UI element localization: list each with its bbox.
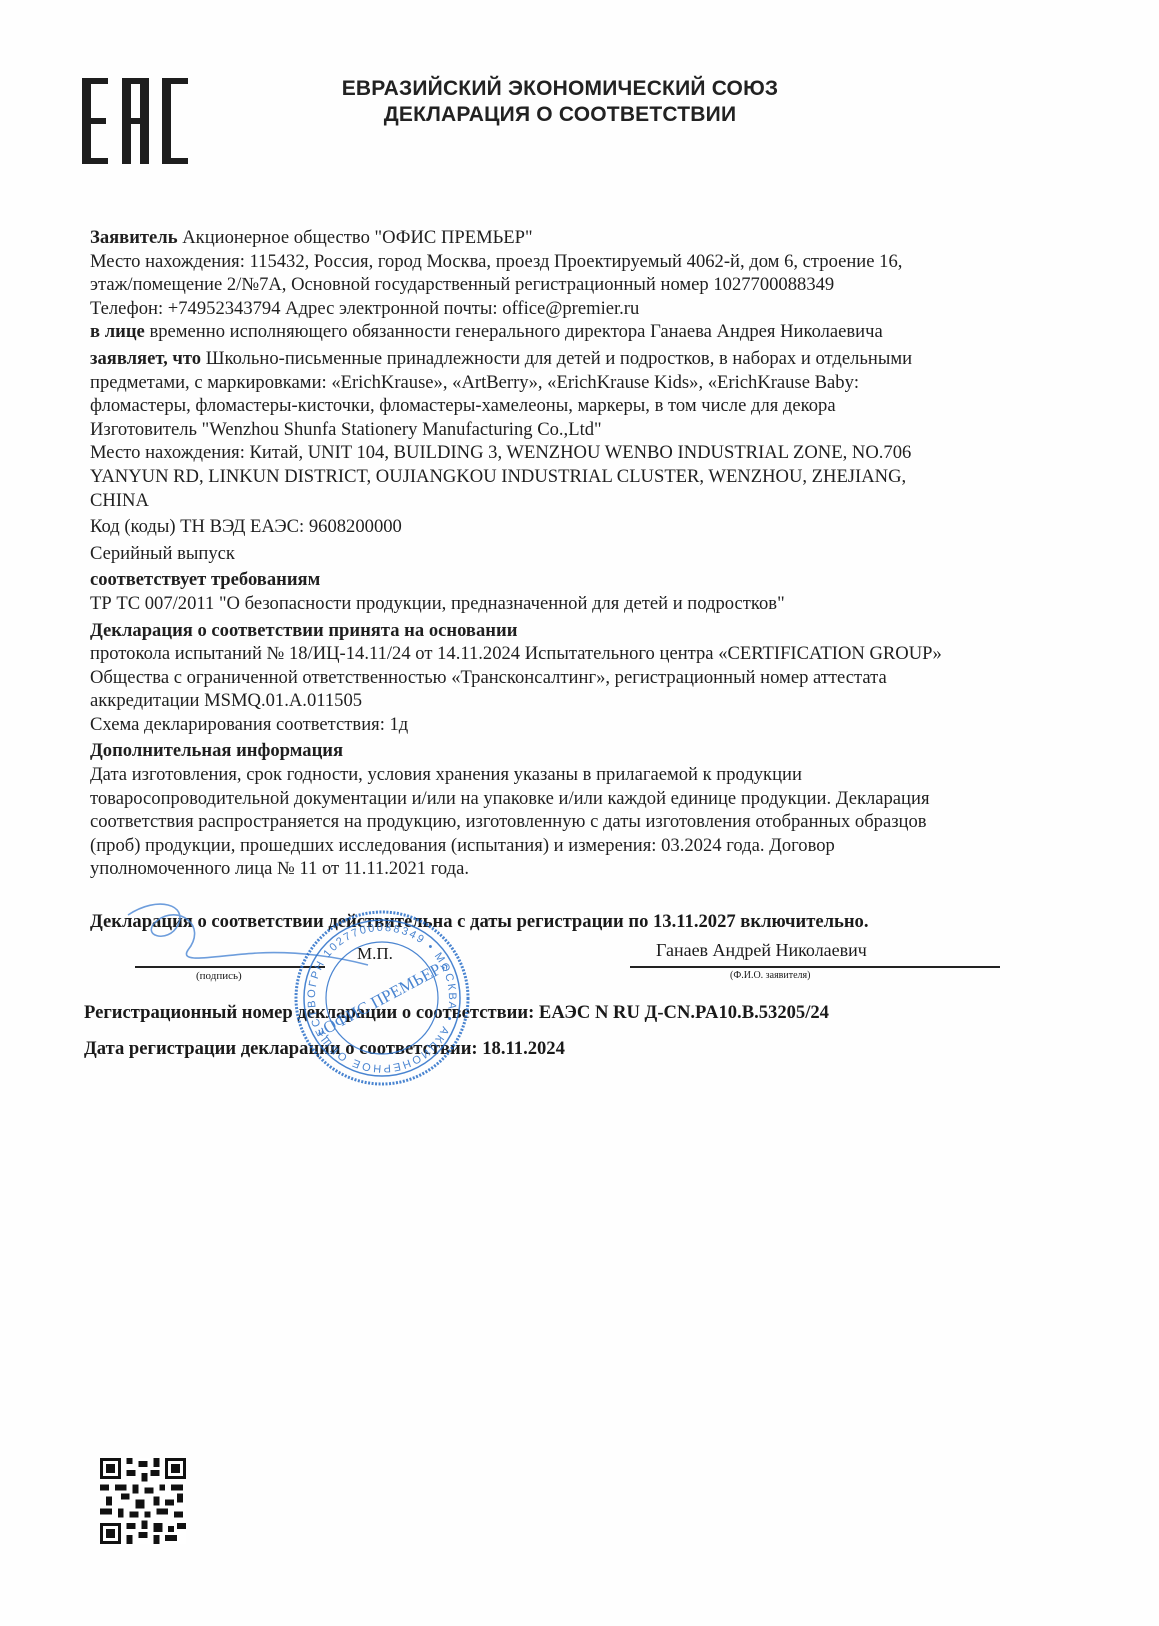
registration-date: Дата регистрации декларации о соответств…: [84, 1038, 565, 1060]
manufacturer: Изготовитель "Wenzhou Shunfa Stationery …: [90, 418, 1080, 442]
declaration-page: ЕВРАЗИЙСКИЙ ЭКОНОМИЧЕСКИЙ СОЮЗ ДЕКЛАРАЦИ…: [0, 0, 1159, 1626]
additional-line-3: соответствия распространяется на продукц…: [90, 810, 1080, 834]
tn-ved-code: Код (коды) ТН ВЭД ЕАЭС: 9608200000: [90, 515, 1080, 539]
name-caption: (Ф.И.О. заявителя): [730, 970, 810, 981]
manufacturer-address-2: YANYUN RD, LINKUN DISTRICT, OUJIANGKOU I…: [90, 465, 1080, 489]
company-seal-icon: ОГРН 1027700088349 • МОСКВА • АКЦИОНЕРНО…: [292, 908, 472, 1088]
registration-number: Регистрационный номер декларации о соотв…: [84, 1002, 829, 1024]
applicant-label: Заявитель: [90, 227, 178, 248]
handwritten-signature-icon: [118, 895, 378, 975]
representative-label: в лице: [90, 321, 145, 342]
signature-line: [135, 966, 325, 968]
applicant-address-2: этаж/помещение 2/№7А, Основной государст…: [90, 273, 1080, 297]
signature-caption: (подпись): [196, 970, 242, 982]
manufacturer-address-1: Место нахождения: Китай, UNIT 104, BUILD…: [90, 441, 1080, 465]
applicant-name: Акционерное общество "ОФИС ПРЕМЬЕР": [178, 227, 533, 248]
declares-label: заявляет, что: [90, 348, 201, 369]
basis-line-3: аккредитации MSMQ.01.A.011505: [90, 689, 1080, 713]
declaration-body: Заявитель Акционерное общество "ОФИС ПРЕ…: [90, 226, 1080, 881]
name-line: [630, 966, 1000, 968]
applicant-address-1: Место нахождения: 115432, Россия, город …: [90, 250, 1080, 274]
seal-place-label: М.П.: [357, 944, 393, 964]
product-line-3: фломастеры, фломастеры-кисточки, фломаст…: [90, 394, 1080, 418]
basis-label: Декларация о соответствии принята на осн…: [90, 619, 1080, 643]
manufacturer-address-3: CHINA: [90, 489, 1080, 513]
document-title: ЕВРАЗИЙСКИЙ ЭКОНОМИЧЕСКИЙ СОЮЗ ДЕКЛАРАЦИ…: [290, 76, 830, 128]
validity-statement: Декларация о соответствии действительна …: [90, 911, 869, 933]
additional-info-label: Дополнительная информация: [90, 739, 1080, 763]
title-line-union: ЕВРАЗИЙСКИЙ ЭКОНОМИЧЕСКИЙ СОЮЗ: [290, 76, 830, 102]
basis-line-1: протокола испытаний № 18/ИЦ-14.11/24 от …: [90, 642, 1080, 666]
applicant-line: Заявитель Акционерное общество "ОФИС ПРЕ…: [90, 226, 1080, 250]
scheme: Схема декларирования соответствия: 1д: [90, 713, 1080, 737]
additional-line-5: уполномоченного лица № 11 от 11.11.2021 …: [90, 857, 1080, 881]
eac-logo-icon: [82, 78, 192, 164]
regulation: ТР ТС 007/2011 "О безопасности продукции…: [90, 592, 1080, 616]
signer-name: Ганаев Андрей Николаевич: [656, 940, 867, 961]
representative-name: временно исполняющего обязанности генера…: [145, 321, 883, 342]
applicant-contacts: Телефон: +74952343794 Адрес электронной …: [90, 297, 1080, 321]
title-line-declaration: ДЕКЛАРАЦИЯ О СООТВЕТСТВИИ: [290, 102, 830, 128]
product-line-1: заявляет, что Школьно-письменные принадл…: [90, 347, 1080, 371]
product-line-2: предметами, с маркировками: «ErichKrause…: [90, 371, 1080, 395]
release-type: Серийный выпуск: [90, 542, 1080, 566]
additional-line-1: Дата изготовления, срок годности, услови…: [90, 763, 1080, 787]
additional-line-4: (проб) продукции, прошедших исследования…: [90, 834, 1080, 858]
qr-code-icon[interactable]: [100, 1458, 186, 1544]
additional-line-2: товаросопроводительной документации и/ил…: [90, 787, 1080, 811]
conforms-label: соответствует требованиям: [90, 568, 1080, 592]
basis-line-2: Общества с ограниченной ответственностью…: [90, 666, 1080, 690]
svg-text:«ОФИС ПРЕМЬЕР»: «ОФИС ПРЕМЬЕР»: [312, 955, 452, 1041]
representative-line: в лице временно исполняющего обязанности…: [90, 320, 1080, 344]
